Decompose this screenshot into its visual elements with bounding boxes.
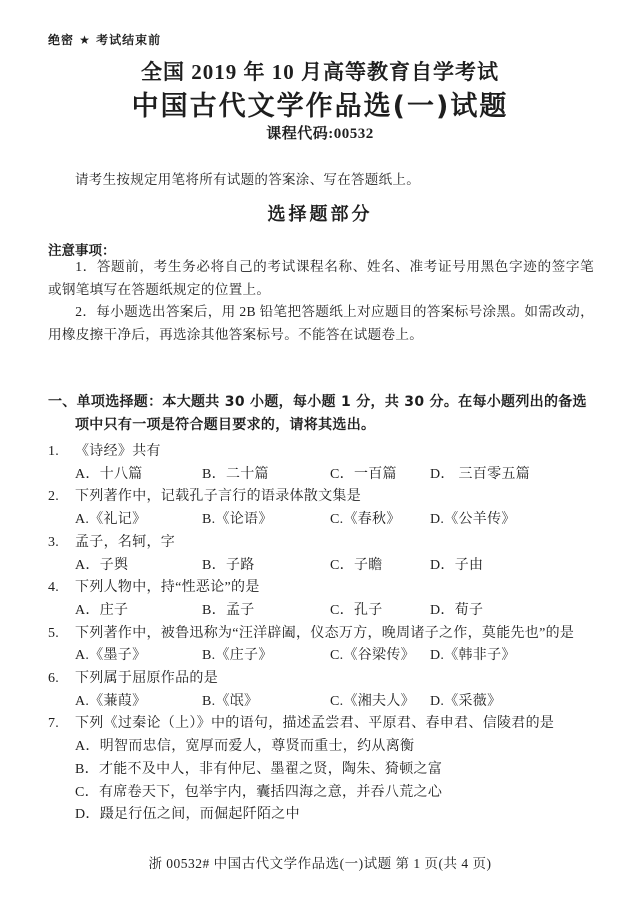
- course-code: 课程代码:00532: [0, 122, 640, 143]
- option-d: D.《采薇》: [430, 691, 596, 714]
- options-row: A．十八篇 B．二十篇 C．一百篇 D． 三百零五篇: [48, 464, 596, 487]
- option-a: A.《蒹葭》: [75, 691, 202, 714]
- exam-session-title: 全国 2019 年 10 月高等教育自学考试: [0, 56, 640, 86]
- question-3: 3. 孟子，名轲，字 A．子舆 B．子路 C．子瞻 D．子由: [48, 532, 596, 577]
- option-d: D．子由: [430, 555, 596, 578]
- option-c: C.《湘夫人》: [330, 691, 430, 714]
- question-number: 6.: [48, 668, 75, 691]
- option-b: B．才能不及中人，非有仲尼、墨翟之贤，陶朱、猗顿之富: [48, 759, 596, 782]
- answer-sheet-instruction: 请考生按规定用笔将所有试题的答案涂、写在答题纸上。: [75, 168, 420, 188]
- option-c: C．孔子: [330, 600, 430, 623]
- security-classification-label: 绝密 ★ 考试结束前: [48, 31, 161, 48]
- paper-title: 中国古代文学作品选(一)试题: [0, 84, 640, 123]
- option-d: D.《韩非子》: [430, 645, 596, 668]
- option-d: D．荀子: [430, 600, 596, 623]
- question-6: 6. 下列属于屈原作品的是 A.《蒹葭》 B.《氓》 C.《湘夫人》 D.《采薇…: [48, 668, 596, 713]
- option-b: B.《氓》: [202, 691, 330, 714]
- question-7: 7. 下列《过秦论（上）》中的语句，描述孟尝君、平原君、春申君、信陵君的是 A．…: [48, 713, 596, 827]
- option-c: C．有席卷天下，包举宇内，囊括四海之意，并吞八荒之心: [48, 782, 596, 805]
- question-row: 7. 下列《过秦论（上）》中的语句，描述孟尝君、平原君、春申君、信陵君的是: [48, 713, 596, 736]
- options-row: A.《礼记》 B.《论语》 C.《春秋》 D.《公羊传》: [48, 509, 596, 532]
- part-one-heading: 一、单项选择题：本大题共 30 小题，每小题 1 分，共 30 分。在每小题列出…: [0, 391, 598, 437]
- option-a: A.《礼记》: [75, 509, 202, 532]
- question-2: 2. 下列著作中，记载孔子言行的语录体散文集是 A.《礼记》 B.《论语》 C.…: [48, 486, 596, 531]
- options-stack: A．明智而忠信，宽厚而爱人，尊贤而重士，约从离衡 B．才能不及中人，非有仲尼、墨…: [48, 736, 596, 827]
- question-row: 3. 孟子，名轲，字: [48, 532, 596, 555]
- question-number: 7.: [48, 713, 75, 736]
- option-b: B.《庄子》: [202, 645, 330, 668]
- question-row: 5. 下列著作中，被鲁迅称为“汪洋辟阖，仪态万方，晚周诸子之作，莫能先也”的是: [48, 623, 596, 646]
- question-1: 1. 《诗经》共有 A．十八篇 B．二十篇 C．一百篇 D． 三百零五篇: [48, 441, 596, 486]
- option-d: D． 三百零五篇: [430, 464, 596, 487]
- option-d: D.《公羊传》: [430, 509, 596, 532]
- page-footer: 浙 00532# 中国古代文学作品选(一)试题 第 1 页(共 4 页): [0, 852, 640, 872]
- option-c: C.《春秋》: [330, 509, 430, 532]
- question-number: 4.: [48, 577, 75, 600]
- option-c: C．一百篇: [330, 464, 430, 487]
- option-b: B．子路: [202, 555, 330, 578]
- options-row: A.《蒹葭》 B.《氓》 C.《湘夫人》 D.《采薇》: [48, 691, 596, 714]
- section-title: 选择题部分: [0, 200, 640, 226]
- question-number: 1.: [48, 441, 75, 464]
- note-item-1: 1．答题前，考生务必将自己的考试课程名称、姓名、准考证号用黑色字迹的签字笔或钢笔…: [48, 256, 594, 301]
- question-stem: 《诗经》共有: [75, 441, 161, 464]
- option-b: B．孟子: [202, 600, 330, 623]
- question-row: 4. 下列人物中，持“性恶论”的是: [48, 577, 596, 600]
- options-row: A．庄子 B．孟子 C．孔子 D．荀子: [48, 600, 596, 623]
- question-number: 3.: [48, 532, 75, 555]
- options-row: A．子舆 B．子路 C．子瞻 D．子由: [48, 555, 596, 578]
- option-c: C.《谷梁传》: [330, 645, 430, 668]
- option-a: A.《墨子》: [75, 645, 202, 668]
- question-stem: 下列属于屈原作品的是: [75, 668, 218, 691]
- option-c: C．子瞻: [330, 555, 430, 578]
- question-list: 1. 《诗经》共有 A．十八篇 B．二十篇 C．一百篇 D． 三百零五篇 2. …: [48, 441, 596, 827]
- option-b: B．二十篇: [202, 464, 330, 487]
- question-number: 5.: [48, 623, 75, 646]
- note-item-2: 2．每小题选出答案后，用 2B 铅笔把答题纸上对应题目的答案标号涂黑。如需改动，…: [48, 301, 594, 346]
- option-a: A．明智而忠信，宽厚而爱人，尊贤而重士，约从离衡: [48, 736, 596, 759]
- option-d: D．蹑足行伍之间，而倔起阡陌之中: [48, 804, 596, 827]
- question-stem: 下列著作中，被鲁迅称为“汪洋辟阖，仪态万方，晚周诸子之作，莫能先也”的是: [75, 623, 574, 646]
- question-number: 2.: [48, 486, 75, 509]
- option-b: B.《论语》: [202, 509, 330, 532]
- option-a: A．庄子: [75, 600, 202, 623]
- question-row: 2. 下列著作中，记载孔子言行的语录体散文集是: [48, 486, 596, 509]
- question-5: 5. 下列著作中，被鲁迅称为“汪洋辟阖，仪态万方，晚周诸子之作，莫能先也”的是 …: [48, 623, 596, 668]
- question-stem: 下列人物中，持“性恶论”的是: [75, 577, 260, 600]
- option-a: A．十八篇: [75, 464, 202, 487]
- question-row: 6. 下列属于屈原作品的是: [48, 668, 596, 691]
- question-4: 4. 下列人物中，持“性恶论”的是 A．庄子 B．孟子 C．孔子 D．荀子: [48, 577, 596, 622]
- option-a: A．子舆: [75, 555, 202, 578]
- question-stem: 下列《过秦论（上）》中的语句，描述孟尝君、平原君、春申君、信陵君的是: [75, 713, 554, 736]
- options-row: A.《墨子》 B.《庄子》 C.《谷梁传》 D.《韩非子》: [48, 645, 596, 668]
- exam-paper-page: 绝密 ★ 考试结束前 全国 2019 年 10 月高等教育自学考试 中国古代文学…: [0, 0, 640, 901]
- question-stem: 下列著作中，记载孔子言行的语录体散文集是: [75, 486, 361, 509]
- question-row: 1. 《诗经》共有: [48, 441, 596, 464]
- question-stem: 孟子，名轲，字: [75, 532, 175, 555]
